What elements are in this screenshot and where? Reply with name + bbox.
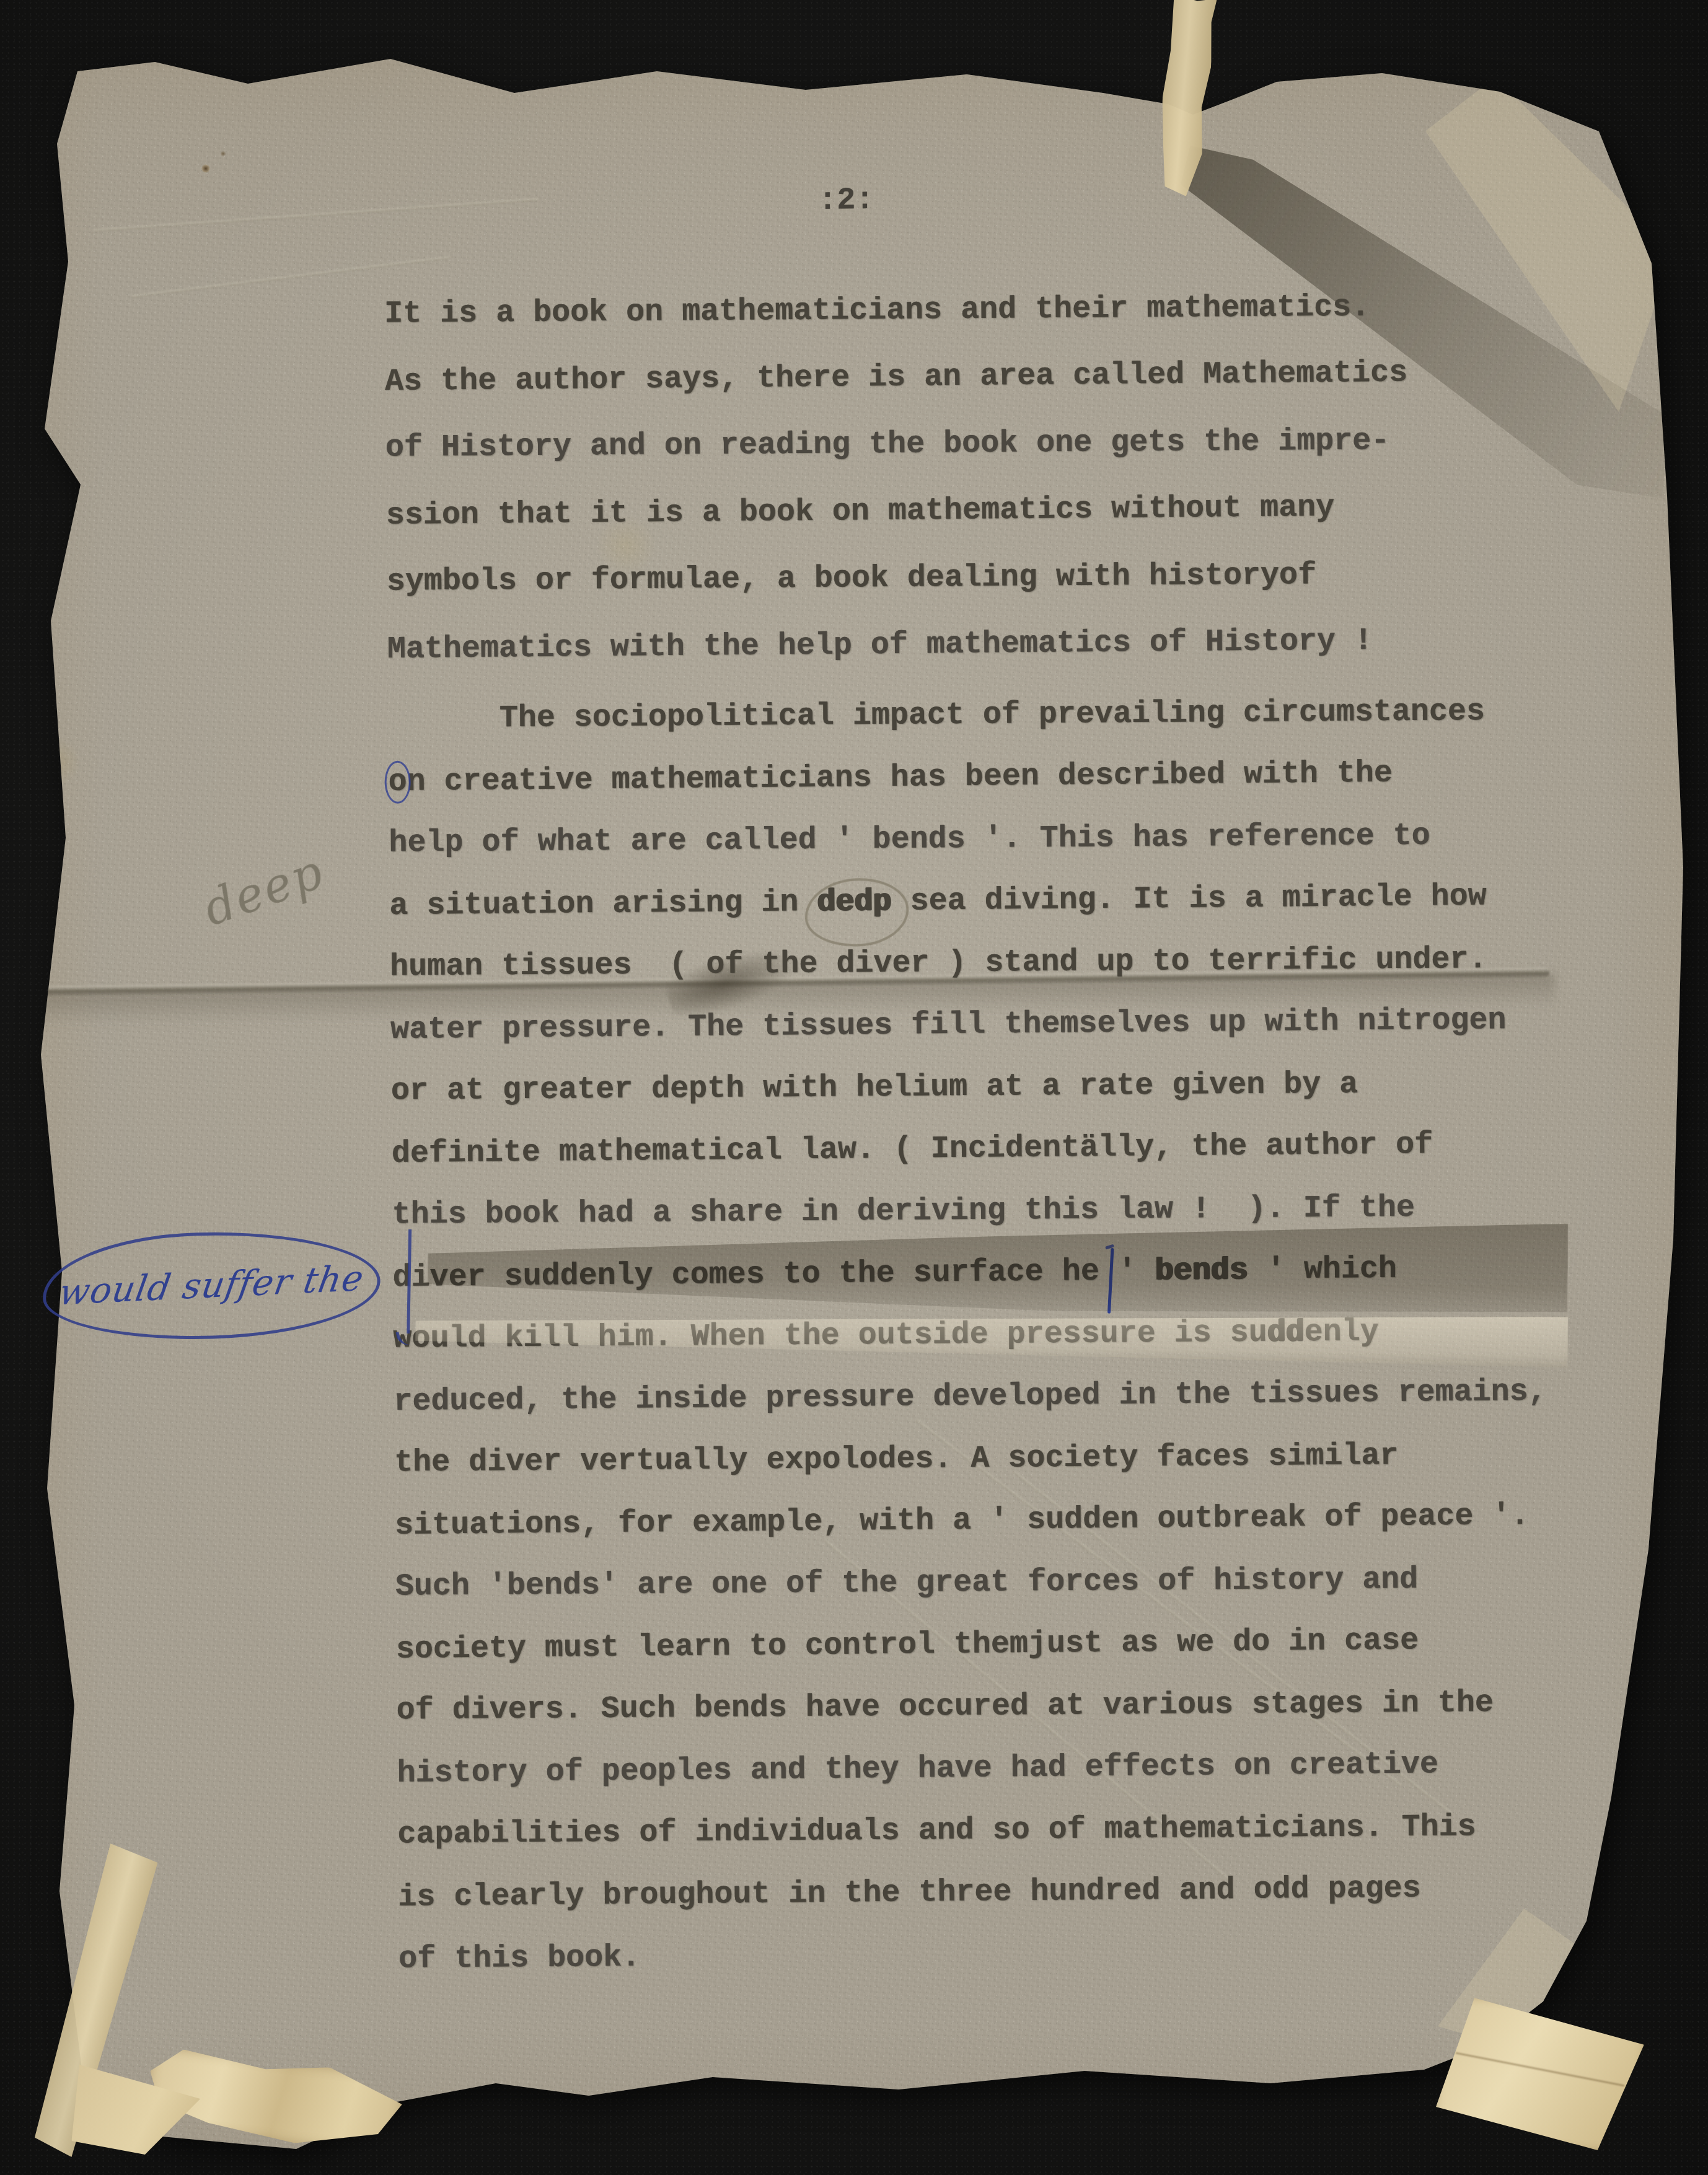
typed-body: It is a book on mathematicians and their… bbox=[0, 0, 1706, 3]
blue-margin-note: would suffer the bbox=[41, 1227, 382, 1343]
typed-line: As the author says, there is an area cal… bbox=[385, 354, 1408, 402]
typed-text: ' bbox=[1118, 1254, 1156, 1290]
typed-line: is clearly broughout in the three hundre… bbox=[398, 1870, 1421, 1917]
typed-word-corrected: dd bbox=[1267, 1315, 1304, 1350]
typed-word-corrected: o bbox=[388, 765, 407, 800]
typed-line: society must learn to control themjust a… bbox=[396, 1622, 1419, 1669]
typed-line: ssion that it is a book on mathematics w… bbox=[386, 489, 1335, 535]
typed-line: of History and on reading the book one g… bbox=[385, 422, 1390, 467]
typed-line: situations, for example, with a ' sudden… bbox=[395, 1497, 1530, 1545]
typed-line: a situation arising in dedp sea diving. … bbox=[389, 878, 1487, 926]
typed-text: ' which bbox=[1248, 1252, 1398, 1288]
typed-text: a situation arising in bbox=[389, 885, 817, 924]
typed-line: history of peoples and they have had eff… bbox=[397, 1746, 1438, 1793]
typed-line: Such 'bends' are one of the great forces… bbox=[395, 1561, 1419, 1607]
typed-line: help of what are called ' bends '. This … bbox=[389, 817, 1430, 863]
typed-line: reduced, the inside pressure developed i… bbox=[394, 1373, 1547, 1421]
typed-line: of divers. Such bends have occured at va… bbox=[397, 1684, 1494, 1730]
typed-line: on creative mathematicians has been desc… bbox=[388, 755, 1393, 802]
typed-text: enly bbox=[1305, 1314, 1379, 1350]
page-content: :2: It is a book on mathematicians and t… bbox=[0, 0, 1708, 2175]
page-number: :2: bbox=[818, 182, 874, 221]
typed-line: water pressure. The tissues fill themsel… bbox=[390, 1001, 1507, 1050]
blue-caret-mark bbox=[393, 1229, 412, 1334]
typed-line: definite mathematical law. ( Incidentäll… bbox=[392, 1126, 1433, 1174]
typed-line: of this book. bbox=[398, 1939, 641, 1979]
typed-line: would kill him. When the outside pressur… bbox=[393, 1313, 1379, 1358]
typed-line: human tissues ( of the diver ) stand up … bbox=[390, 941, 1487, 986]
typed-word-corrected: bends bbox=[1155, 1253, 1249, 1289]
typed-line: It is a book on mathematicians and their… bbox=[384, 289, 1370, 334]
typed-line: capabilities of individuals and so of ma… bbox=[397, 1808, 1476, 1854]
typed-line: this book had a share in deriving this l… bbox=[392, 1189, 1415, 1235]
typed-line: or at greater depth with helium at a rat… bbox=[391, 1066, 1358, 1111]
pencil-margin-note: deep bbox=[196, 843, 332, 936]
typed-text: diver suddenly comes to the surface he bbox=[392, 1254, 1118, 1296]
typed-line: the diver vertually expolodes. A society… bbox=[394, 1437, 1399, 1482]
scan-background: :2: It is a book on mathematicians and t… bbox=[0, 0, 1708, 2175]
typed-line: diver suddenly comes to the surface he '… bbox=[392, 1250, 1397, 1298]
typed-line: Mathematics with the help of mathematics… bbox=[387, 622, 1373, 669]
typed-text: would kill him. When the outside pressur… bbox=[393, 1316, 1267, 1357]
tape-crease-line bbox=[1456, 2052, 1625, 2087]
typed-line: symbols or formulae, a book dealing with… bbox=[387, 556, 1317, 601]
typed-line: The sociopolitical impact of prevailing … bbox=[388, 693, 1486, 739]
typed-text: n creative mathematicians has been descr… bbox=[407, 756, 1393, 800]
typed-text: sea diving. It is a miracle how bbox=[891, 879, 1487, 920]
blue-margin-note-text: would suffer the bbox=[56, 1258, 366, 1313]
